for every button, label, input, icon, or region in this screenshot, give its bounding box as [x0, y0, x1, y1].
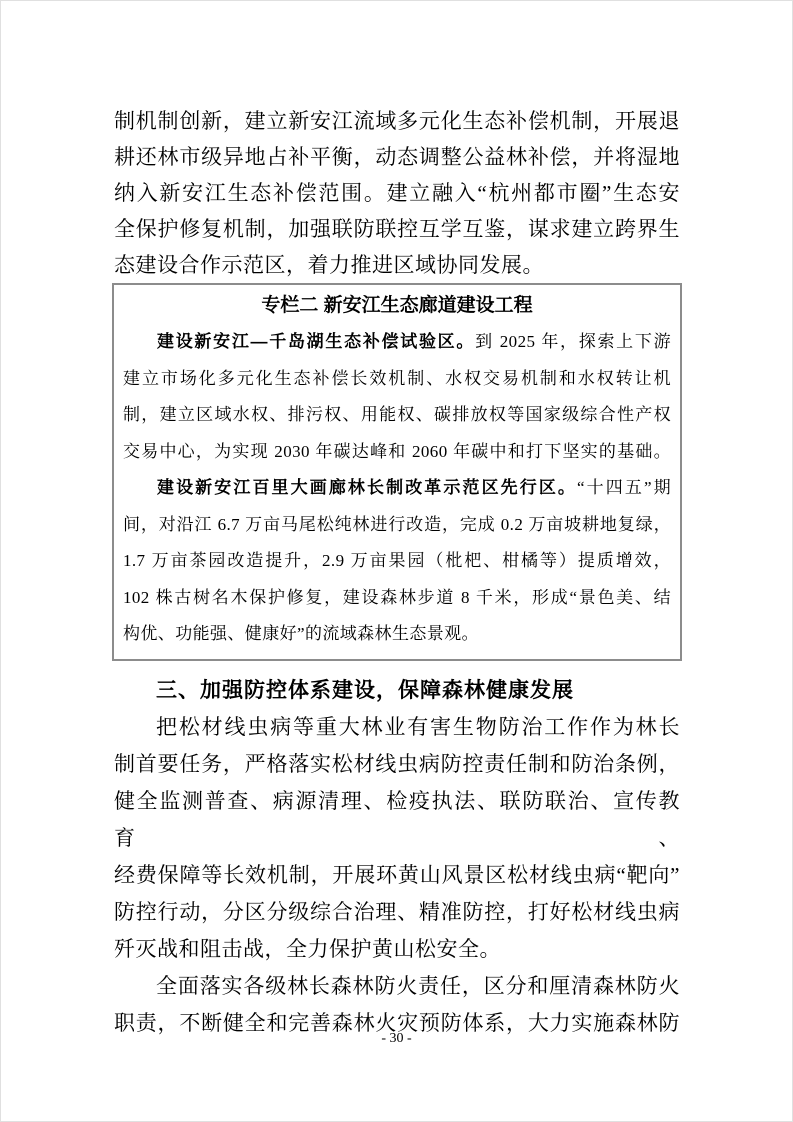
box-line: 102 株古树名木保护修复，建设森林步道 8 千米，形成“景色美、结	[123, 580, 671, 617]
body-line: 经费保障等长效机制，开展环黄山风景区松材线虫病“靶向”	[114, 857, 680, 894]
box-line: 建立市场化多元化生态补偿长效机制、水权交易机制和水权转让机	[123, 361, 671, 398]
box-paragraph-1-lead: 建设新安江—千岛湖生态补偿试验区。	[157, 332, 475, 351]
box-line: 制，建立区域水权、排污权、用能权、碳排放权等国家级综合性产权	[123, 397, 671, 434]
box-paragraph-2-lead: 建设新安江百里大画廊林长制改革示范区先行区。	[157, 478, 577, 497]
page-number: - 30 -	[1, 1031, 792, 1047]
intro-paragraph: 制机制创新，建立新安江流域多元化生态补偿机制，开展退 耕还林市级异地占补平衡，动…	[114, 103, 680, 283]
box-line: 1.7 万亩茶园改造提升，2.9 万亩果园（枇杷、柑橘等）提质增效，	[123, 543, 671, 580]
body-line: 歼灭战和阻击战，全力保护黄山松安全。	[114, 931, 680, 968]
box-line: 交易中心，为实现 2030 年碳达峰和 2060 年碳中和打下坚实的基础。	[123, 434, 671, 471]
box-paragraph-1-lead-rest: 到 2025 年，探索上下游	[475, 332, 671, 351]
section-heading: 三、加强防控体系建设，保障森林健康发展	[114, 673, 680, 709]
intro-line: 制机制创新，建立新安江流域多元化生态补偿机制，开展退	[114, 103, 680, 139]
document-page: 制机制创新，建立新安江流域多元化生态补偿机制，开展退 耕还林市级异地占补平衡，动…	[0, 0, 793, 1122]
body-line: 防控行动，分区分级综合治理、精准防控，打好松材线虫病	[114, 894, 680, 931]
intro-line: 耕还林市级异地占补平衡，动态调整公益林补偿，并将湿地	[114, 139, 680, 175]
body-line: 制首要任务，严格落实松材线虫病防控责任制和防治条例，	[114, 746, 680, 783]
section-paragraph-1: 把松材线虫病等重大林业有害生物防治工作作为林长 制首要任务，严格落实松材线虫病防…	[114, 709, 680, 968]
box-line: 构优、功能强、健康好”的流域森林生态景观。	[123, 616, 671, 653]
intro-line: 全保护修复机制，加强联防联控互学互鉴，谋求建立跨界生	[114, 211, 680, 247]
box-paragraph-2-first-line: 建设新安江百里大画廊林长制改革示范区先行区。“十四五”期	[123, 470, 671, 507]
body-line: 把松材线虫病等重大林业有害生物防治工作作为林长	[114, 709, 680, 746]
box-paragraph-1-first-line: 建设新安江—千岛湖生态补偿试验区。到 2025 年，探索上下游	[123, 324, 671, 361]
box-paragraph-2-lead-rest: “十四五”期	[577, 478, 671, 497]
intro-line: 态建设合作示范区，着力推进区域协同发展。	[114, 247, 680, 283]
page-content: 制机制创新，建立新安江流域多元化生态补偿机制，开展退 耕还林市级异地占补平衡，动…	[114, 103, 680, 1042]
callout-box-title: 专栏二 新安江生态廊道建设工程	[123, 288, 671, 324]
box-line: 间，对沿江 6.7 万亩马尾松纯林进行改造，完成 0.2 万亩坡耕地复绿，	[123, 507, 671, 544]
intro-line: 纳入新安江生态补偿范围。建立融入“杭州都市圈”生态安	[114, 175, 680, 211]
callout-box: 专栏二 新安江生态廊道建设工程 建设新安江—千岛湖生态补偿试验区。到 2025 …	[112, 283, 682, 661]
body-line: 全面落实各级林长森林防火责任，区分和厘清森林防火	[114, 968, 680, 1005]
body-line: 健全监测普查、病源清理、检疫执法、联防联治、宣传教育、	[114, 783, 680, 857]
